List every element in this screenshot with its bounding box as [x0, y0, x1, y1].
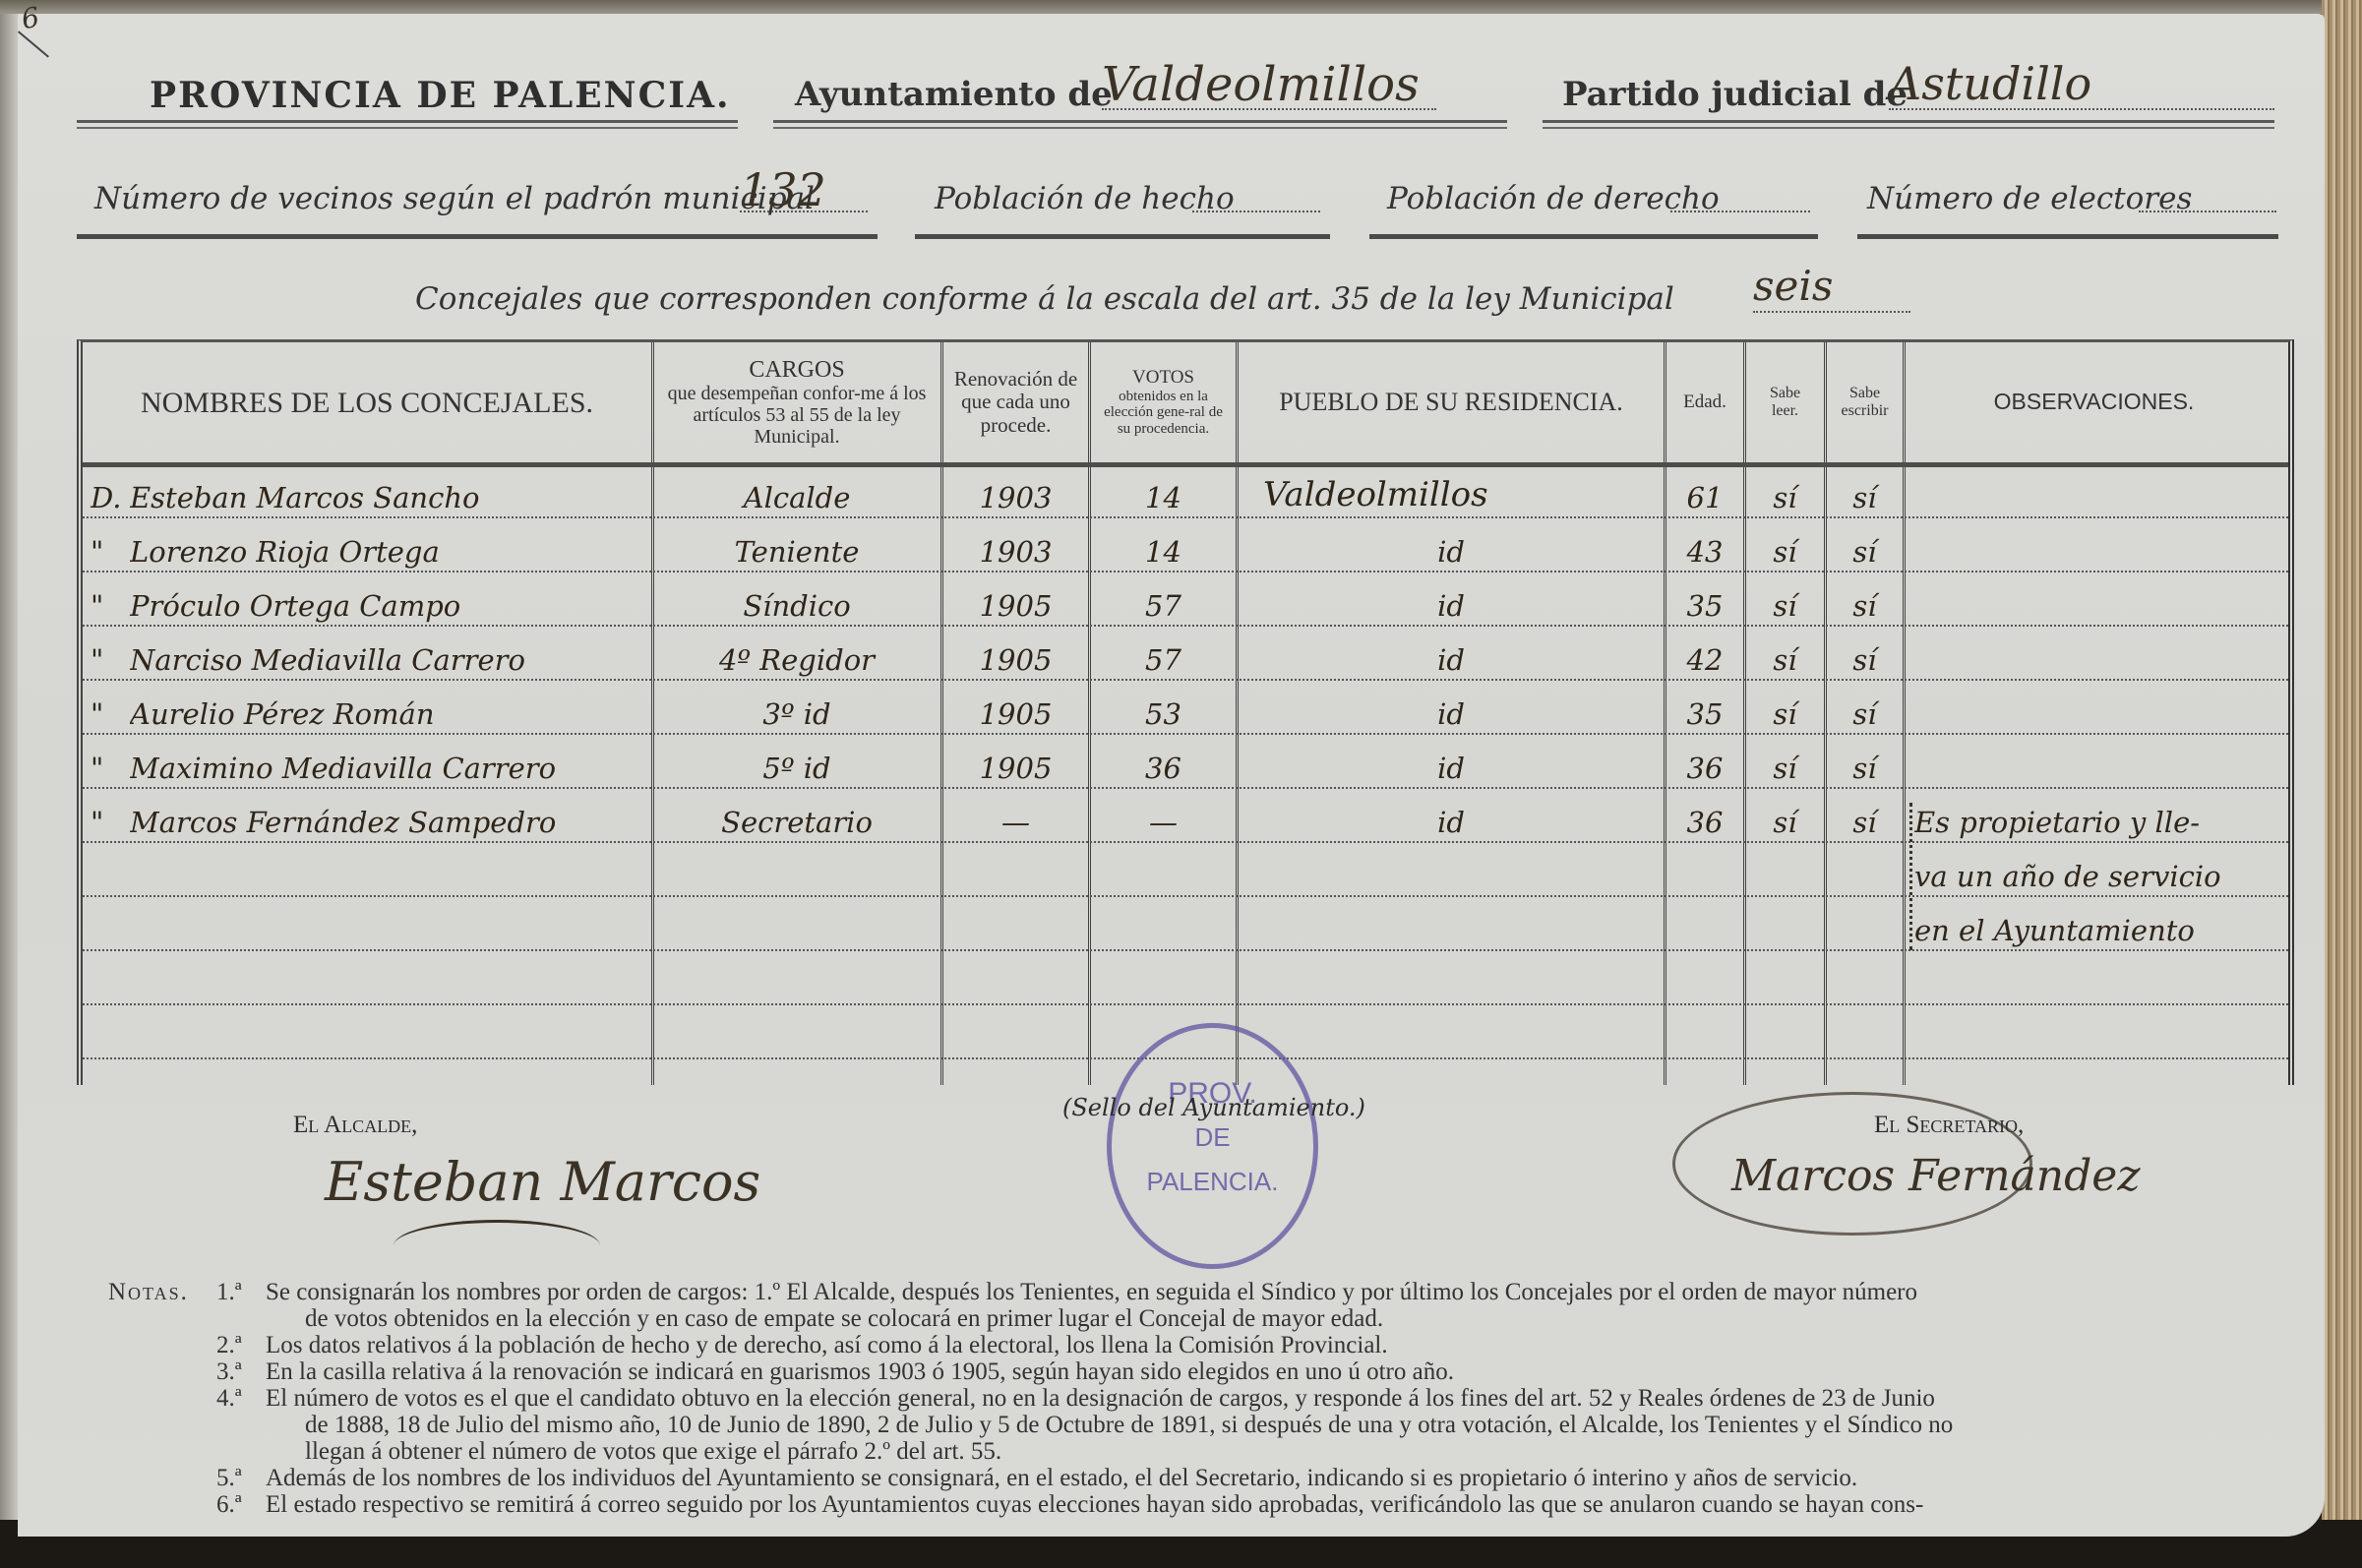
row-prefix: " — [91, 735, 130, 789]
page-top-edge — [0, 0, 2362, 14]
cell-edad: 61 — [1666, 464, 1743, 518]
header-nombres: NOMBRES DE LOS CONCEJALES. — [83, 342, 651, 462]
cell-pueblo: id — [1239, 518, 1664, 573]
table-row: " Lorenzo Rioja Ortega Teniente 1903 14 … — [83, 518, 2288, 573]
cell-cargo: Síndico — [653, 573, 940, 627]
row-prefix: " — [91, 789, 130, 843]
note-line: llegan á obtener el número de votos que … — [266, 1438, 1953, 1465]
cell-escribir: sí — [1827, 735, 1903, 789]
cell-obs: Es propietario y lle- — [1914, 789, 2278, 843]
note-item: 3.ª En la casilla relativa á la renovaci… — [108, 1358, 2272, 1385]
cell-obs — [1912, 464, 2276, 518]
alcalde-label: El Alcalde, — [293, 1112, 417, 1139]
notes-section: Notas. 1.ª Se consignarán los nombres po… — [108, 1279, 2272, 1518]
row-prefix: D. — [91, 464, 130, 518]
note-item: 6.ª El estado respectivo se remitirá á c… — [108, 1491, 2272, 1518]
table-row: " Aurelio Pérez Román 3º id 1905 53 id 3… — [83, 681, 2288, 735]
table-row: " Marcos Fernández Sampedro Secretario —… — [83, 789, 2288, 843]
cell-leer: sí — [1746, 464, 1824, 518]
stats-rule-2 — [915, 234, 1330, 239]
note-line: El número de votos es el que el candidat… — [266, 1385, 1953, 1412]
header-edad: Edad. — [1666, 342, 1743, 462]
note-line: Los datos relativos á la población de he… — [266, 1332, 1388, 1358]
cell-edad: 36 — [1666, 735, 1743, 789]
cell-renovacion: 1903 — [943, 518, 1088, 573]
header-renovacion: Renovación de que cada uno procede. — [943, 342, 1088, 462]
note-text: Se consignarán los nombres por orden de … — [266, 1279, 1917, 1332]
stats-rule-4 — [1857, 234, 2278, 239]
obs-continuation-2: en el Ayuntamiento — [1914, 897, 2278, 951]
cell-pueblo: id — [1239, 627, 1664, 681]
note-number: 4.ª — [216, 1385, 266, 1465]
row-prefix: " — [91, 518, 130, 573]
cell-votos: 57 — [1091, 573, 1236, 627]
note-number: 1.ª — [216, 1279, 266, 1332]
cell-renovacion: 1905 — [943, 681, 1088, 735]
cell-nombre: Aurelio Pérez Román — [130, 681, 651, 735]
stats-rule-3 — [1369, 234, 1818, 239]
header-leer: Sabe leer. — [1746, 342, 1824, 462]
cell-escribir: sí — [1827, 681, 1903, 735]
cell-escribir: sí — [1827, 518, 1903, 573]
cell-edad: 35 — [1666, 681, 1743, 735]
cell-leer: sí — [1746, 681, 1824, 735]
note-number: 2.ª — [216, 1332, 266, 1358]
ayuntamiento-field[interactable]: Valdeolmillos — [1102, 57, 1436, 110]
row-prefix: " — [91, 681, 130, 735]
cell-leer: sí — [1746, 627, 1824, 681]
header-votos: VOTOS obtenidos en la elección gene-ral … — [1091, 342, 1236, 462]
vecinos-field[interactable]: 132 — [740, 163, 868, 212]
poblacion-derecho-label: Población de derecho — [1387, 181, 1720, 216]
note-number: 3.ª — [216, 1358, 266, 1385]
cell-escribir: sí — [1827, 789, 1903, 843]
header-observaciones: OBSERVACIONES. — [1906, 342, 2282, 462]
cell-pueblo: id — [1239, 573, 1664, 627]
header-cargos-sub: que desempeñan confor-me á los artículos… — [653, 383, 940, 448]
cell-leer: sí — [1746, 573, 1824, 627]
cell-pueblo: id — [1239, 789, 1664, 843]
note-number: 5.ª — [216, 1465, 266, 1491]
poblacion-hecho-field[interactable] — [1192, 173, 1320, 212]
cell-cargo: Alcalde — [653, 464, 940, 518]
cell-votos: 57 — [1091, 627, 1236, 681]
cell-obs — [1912, 681, 2276, 735]
obs-continuation-1: va un año de servicio — [1914, 843, 2278, 897]
provincia-title: PROVINCIA DE PALENCIA. — [150, 75, 731, 116]
header-escribir: Sabe escribir — [1827, 342, 1903, 462]
cell-nombre: Próculo Ortega Campo — [130, 573, 651, 627]
cell-cargo: 3º id — [653, 681, 940, 735]
poblacion-derecho-field[interactable] — [1670, 173, 1810, 212]
concejales-table: NOMBRES DE LOS CONCEJALES. CARGOS que de… — [77, 339, 2294, 1085]
table-row: " Maximino Mediavilla Carrero 5º id 1905… — [83, 735, 2288, 789]
cell-renovacion: 1905 — [943, 735, 1088, 789]
table-row: D. Esteban Marcos Sancho Alcalde 1903 14… — [83, 464, 2288, 518]
cell-nombre: Maximino Mediavilla Carrero — [130, 735, 651, 789]
note-line: Se consignarán los nombres por orden de … — [266, 1279, 1917, 1305]
poblacion-hecho-label: Población de hecho — [935, 181, 1235, 216]
header-votos-sub: obtenidos en la elección gene-ral de su … — [1091, 389, 1236, 438]
header-votos-title: VOTOS — [1132, 368, 1194, 389]
header-rule-1 — [77, 120, 738, 129]
cell-nombre: Esteban Marcos Sancho — [130, 464, 651, 518]
cell-escribir: sí — [1827, 464, 1903, 518]
note-item: 2.ª Los datos relativos á la población d… — [108, 1332, 2272, 1358]
electores-field[interactable] — [2139, 173, 2276, 212]
cell-votos: — — [1091, 789, 1236, 843]
row-prefix: " — [91, 627, 130, 681]
secretario-rubric — [1672, 1092, 2032, 1236]
note-line: En la casilla relativa á la renovación s… — [266, 1358, 1454, 1385]
cell-renovacion: — — [943, 789, 1088, 843]
header-cargos-title: CARGOS — [749, 357, 844, 383]
cell-escribir: sí — [1827, 627, 1903, 681]
cell-renovacion: 1903 — [943, 464, 1088, 518]
seal-text-city: PALENCIA. — [1112, 1167, 1313, 1197]
obs-bracket — [1909, 803, 1912, 950]
cell-nombre: Marcos Fernández Sampedro — [130, 789, 651, 843]
note-line: El estado respectivo se remitirá á corre… — [266, 1491, 1923, 1518]
cell-escribir: sí — [1827, 573, 1903, 627]
table-row: " Próculo Ortega Campo Síndico 1905 57 i… — [83, 573, 2288, 627]
cell-nombre: Lorenzo Rioja Ortega — [130, 518, 651, 573]
notes-label: Notas. — [108, 1279, 216, 1332]
ayuntamiento-label: Ayuntamiento de — [795, 75, 1113, 114]
cell-cargo: Secretario — [653, 789, 940, 843]
cell-obs — [1912, 518, 2276, 573]
row-prefix: " — [91, 573, 130, 627]
cell-nombre: Narciso Mediavilla Carrero — [130, 627, 651, 681]
cell-leer: sí — [1746, 789, 1824, 843]
cell-cargo: Teniente — [653, 518, 940, 573]
cell-obs — [1912, 573, 2276, 627]
cell-pueblo: id — [1239, 735, 1664, 789]
note-number: 6.ª — [216, 1491, 266, 1518]
note-item: 4.ª El número de votos es el que el cand… — [108, 1385, 2272, 1465]
cell-pueblo: Valdeolmillos — [1263, 464, 1657, 518]
concejales-field[interactable]: seis — [1753, 262, 1910, 313]
note-text: El número de votos es el que el candidat… — [266, 1385, 1953, 1465]
note-item: Notas. 1.ª Se consignarán los nombres po… — [108, 1279, 2272, 1332]
cell-leer: sí — [1746, 518, 1824, 573]
header-rule-3 — [1543, 120, 2274, 129]
alcalde-rubric — [394, 1220, 600, 1272]
partido-field[interactable]: Astudillo — [1889, 57, 2274, 110]
sello-label: (Sello del Ayuntamiento.) — [1062, 1094, 1365, 1121]
vecinos-label: Número de vecinos según el padrón munici… — [94, 181, 815, 216]
seal-text-de: DE — [1112, 1122, 1313, 1153]
cell-votos: 36 — [1091, 735, 1236, 789]
cell-leer: sí — [1746, 735, 1824, 789]
cell-edad: 42 — [1666, 627, 1743, 681]
table-row: " Narciso Mediavilla Carrero 4º Regidor … — [83, 627, 2288, 681]
header-rule-2 — [773, 120, 1507, 129]
book-page-edges — [2322, 0, 2362, 1568]
cell-edad: 35 — [1666, 573, 1743, 627]
note-line: de votos obtenidos en la elección y en c… — [266, 1305, 1917, 1332]
cell-edad: 43 — [1666, 518, 1743, 573]
alcalde-signature: Esteban Marcos — [325, 1151, 760, 1213]
note-line: de 1888, 18 de Julio del mismo año, 10 d… — [266, 1412, 1953, 1438]
header-pueblo: PUEBLO DE SU RESIDENCIA. — [1239, 342, 1664, 462]
note-line: Además de los nombres de los individuos … — [266, 1465, 1857, 1491]
header-cargos: CARGOS que desempeñan confor-me á los ar… — [653, 342, 940, 462]
cell-cargo: 4º Regidor — [653, 627, 940, 681]
partido-label: Partido judicial de — [1562, 75, 1908, 114]
note-item: 5.ª Además de los nombres de los individ… — [108, 1465, 2272, 1491]
cell-votos: 53 — [1091, 681, 1236, 735]
cell-obs — [1912, 735, 2276, 789]
cell-votos: 14 — [1091, 464, 1236, 518]
concejales-label: Concejales que corresponden conforme á l… — [415, 281, 1674, 317]
cell-edad: 36 — [1666, 789, 1743, 843]
cell-renovacion: 1905 — [943, 573, 1088, 627]
stats-rule-1 — [77, 234, 878, 239]
ayuntamiento-seal: PROV. DE PALENCIA. — [1107, 1023, 1318, 1269]
cell-pueblo: id — [1239, 681, 1664, 735]
cell-obs — [1912, 627, 2276, 681]
cell-votos: 14 — [1091, 518, 1236, 573]
cell-cargo: 5º id — [653, 735, 940, 789]
row-rule — [83, 1003, 2288, 1005]
cell-renovacion: 1905 — [943, 627, 1088, 681]
